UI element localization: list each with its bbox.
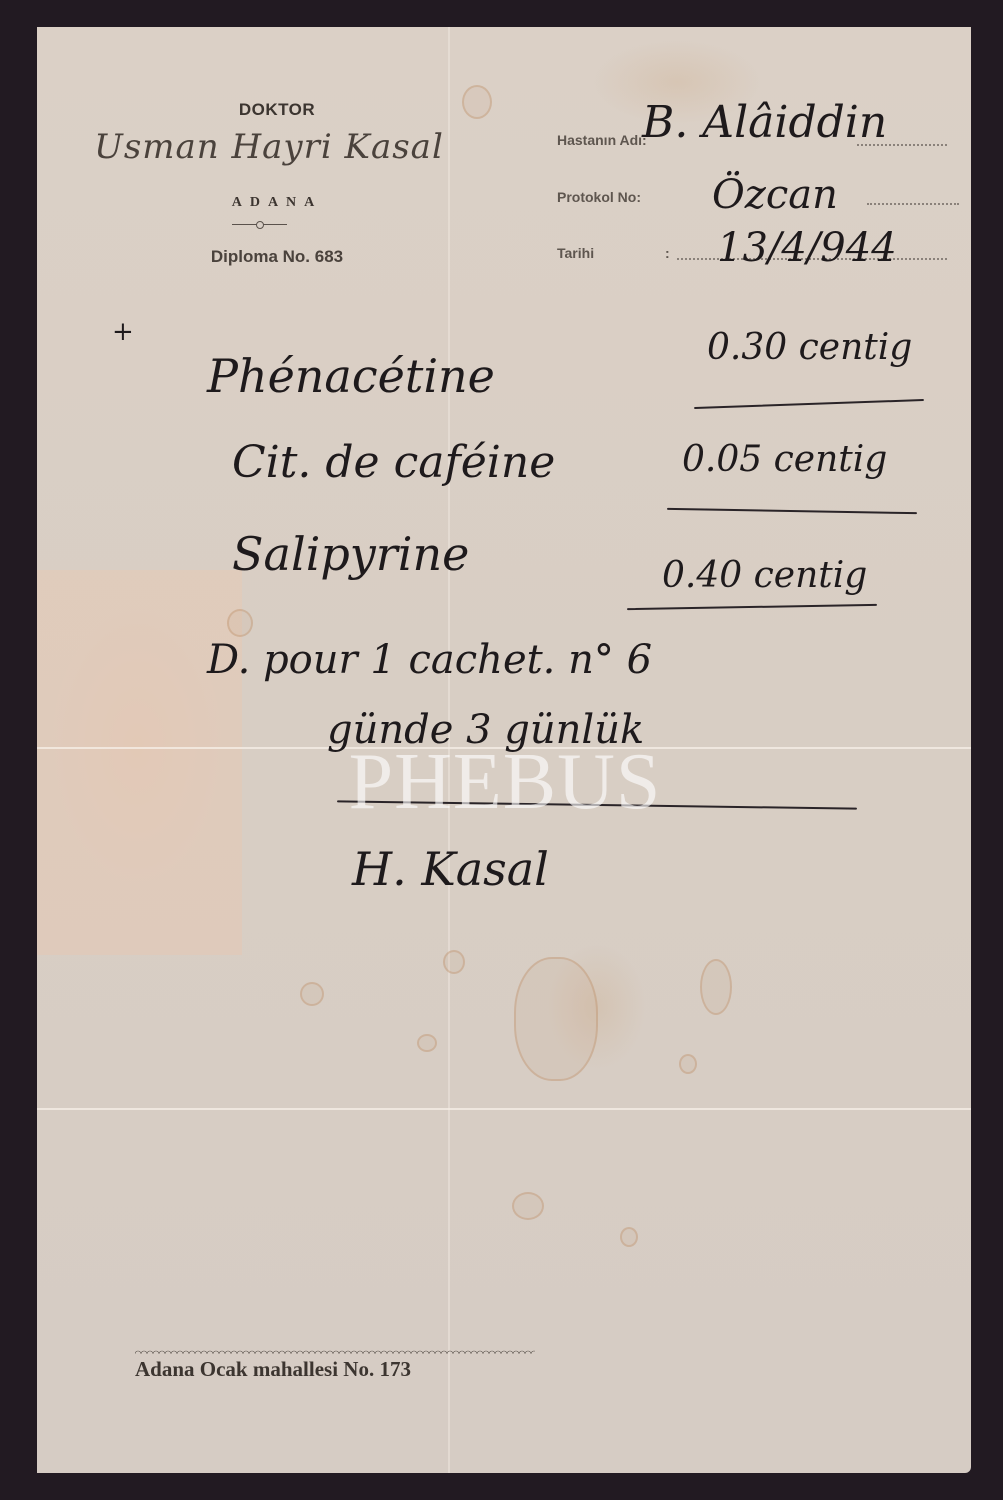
rx-marker: +	[112, 317, 134, 347]
date-value: 13/4/944	[717, 225, 897, 271]
stain	[443, 950, 465, 974]
medication-name: Salipyrine	[232, 527, 469, 581]
discoloration	[37, 570, 242, 955]
stain-large	[514, 957, 598, 1081]
date-label: Tarihi	[557, 245, 594, 261]
medication-dose: 0.05 centig	[682, 439, 887, 480]
stain	[462, 85, 492, 119]
dose-underline	[667, 508, 917, 514]
stain	[512, 1192, 544, 1220]
patient-name-value: B. Alâiddin	[642, 97, 887, 148]
protocol-dotted-line	[867, 203, 959, 205]
stain	[300, 982, 324, 1006]
ornament-divider	[232, 224, 287, 225]
stain	[700, 959, 732, 1015]
doctor-signature: H. Kasal	[352, 842, 549, 896]
watermark: PHEBUS	[325, 737, 685, 828]
medication-name: Cit. de caféine	[232, 437, 555, 488]
patient-name-label: Hastanın Adı:	[557, 132, 647, 148]
doctor-name: Usman Hayri Kasal	[59, 127, 479, 167]
date-separator: :	[665, 245, 670, 261]
protocol-number-label: Protokol No:	[557, 189, 641, 205]
stain	[620, 1227, 638, 1247]
dosage-directions: D. pour 1 cachet. n° 6	[207, 637, 652, 683]
dose-underline	[627, 604, 877, 610]
diploma-number: Diploma No. 683	[147, 247, 407, 267]
footer-wave-divider	[135, 1348, 535, 1354]
footer-address: Adana Ocak mahallesi No. 173	[135, 1357, 411, 1382]
stain	[417, 1034, 437, 1052]
medication-dose: 0.30 centig	[707, 327, 912, 368]
stain	[679, 1054, 697, 1074]
horizontal-fold-line-lower	[37, 1108, 971, 1110]
dose-underline	[694, 399, 924, 409]
medication-dose: 0.40 centig	[662, 555, 867, 596]
letterhead-title: DOKTOR	[197, 100, 357, 120]
prescription-paper: DOKTOR Usman Hayri Kasal ADANA Diploma N…	[37, 27, 971, 1473]
letterhead-city: ADANA	[177, 195, 377, 211]
protocol-number-value: Özcan	[712, 172, 838, 218]
stain	[227, 609, 253, 637]
medication-name: Phénacétine	[207, 349, 495, 403]
